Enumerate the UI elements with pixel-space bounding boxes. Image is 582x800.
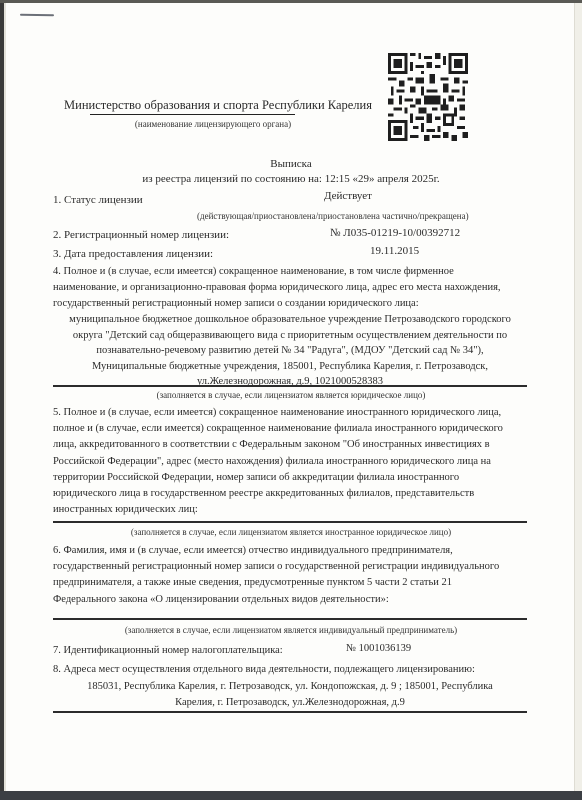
licensing-organ-caption: (наименование лицензирующего органа) <box>58 118 368 130</box>
organ-underline <box>90 114 295 115</box>
issue-date-value: 19.11.2015 <box>370 244 419 258</box>
addresses-value: 185031, Республика Карелия, г. Петрозаво… <box>53 679 527 710</box>
issue-date-label: 3. Дата предоставления лицензии: <box>53 247 213 261</box>
addresses-underline <box>53 711 527 713</box>
legal-entity-caption: (заполняется в случае, если лицензиатом … <box>0 389 582 401</box>
reg-number-value: № Л035-01219-10/00392712 <box>330 226 460 240</box>
entrepreneur-label: 6. Фамилия, имя и (в случае, если имеетс… <box>53 543 527 608</box>
qr-code-icon <box>388 53 468 141</box>
entrepreneur-caption: (заполняется в случае, если лицензиатом … <box>0 624 582 636</box>
licensing-organ-name: Министерство образования и спорта Респуб… <box>58 98 378 113</box>
entrepreneur-underline <box>53 618 527 620</box>
document-subheading: из реестра лицензий по состоянию на: 12:… <box>0 172 582 186</box>
addresses-label: 8. Адреса мест осуществления отдельного … <box>53 663 475 677</box>
inn-value: № 1001036139 <box>346 642 411 656</box>
legal-entity-label: 4. Полное и (в случае, если имеется) сок… <box>53 264 527 313</box>
foreign-entity-caption: (заполняется в случае, если лицензиатом … <box>0 526 582 538</box>
status-caption: (действующая/приостановлена/приостановле… <box>197 210 469 222</box>
scan-bottom-edge <box>0 791 582 800</box>
inn-label: 7. Идентификационный номер налогоплатель… <box>53 644 283 658</box>
foreign-entity-label: 5. Полное и (в случае, если имеется) сок… <box>53 405 527 518</box>
foreign-entity-underline <box>53 521 527 523</box>
reg-number-label: 2. Регистрационный номер лицензии: <box>53 228 229 242</box>
document-heading: Выписка <box>0 157 582 171</box>
legal-entity-underline <box>53 385 527 387</box>
status-value: Действует <box>324 189 372 203</box>
legal-entity-value: муниципальное бюджетное дошкольное образ… <box>53 312 527 390</box>
status-label: 1. Статус лицензии <box>53 193 143 207</box>
